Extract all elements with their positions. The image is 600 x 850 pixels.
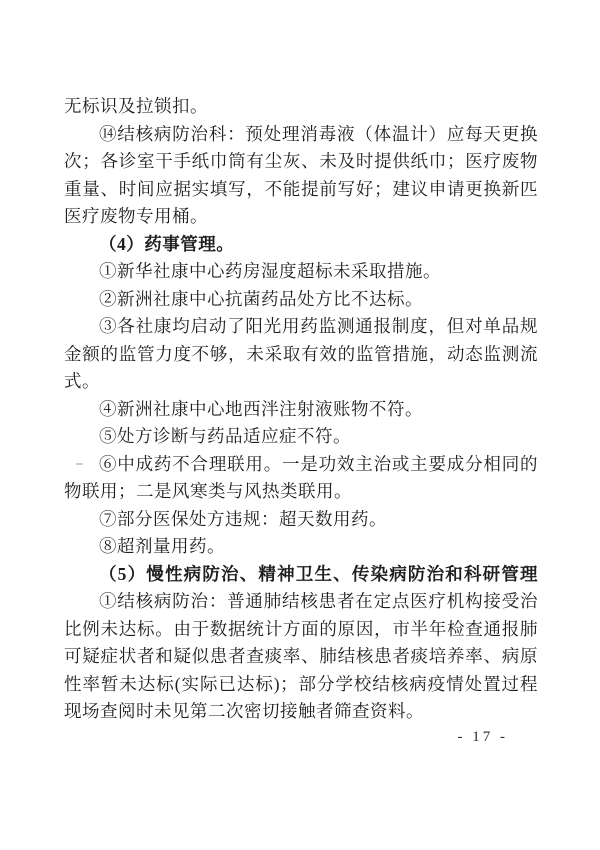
text-line: 性率暂未达标(实际已达标)；部分学校结核病疫情处置过程中，	[64, 671, 538, 699]
page-number: - 17 -	[458, 728, 509, 746]
scan-artifact	[76, 463, 83, 465]
text-line: 无标识及拉锁扣。	[64, 93, 538, 121]
text-line: ①结核病防治：普通肺结核患者在定点医疗机构接受治疗的	[64, 588, 538, 616]
text-line: ⑥中成药不合理联用。一是功效主治或主要成分相同的药	[64, 451, 538, 479]
document-body: 无标识及拉锁扣。 ⑭结核病防治科：预处理消毒液（体温计）应每天更换一 次；各诊室…	[64, 93, 538, 726]
list-item: ①新华社康中心药房湿度超标未采取措施。	[64, 258, 538, 286]
text-line: 现场查阅时未见第二次密切接触者筛查资料。	[64, 698, 538, 726]
list-item: ⑧超剂量用药。	[64, 533, 538, 561]
text-line: 比例未达标。由于数据统计方面的原因，市半年检查通报肺结核	[64, 616, 538, 644]
list-item: ②新洲社康中心抗菌药品处方比不达标。	[64, 286, 538, 314]
text-line: 式。	[64, 368, 538, 396]
list-item: ⑤处方诊断与药品适应症不符。	[64, 423, 538, 451]
section-heading-5: （5）慢性病防治、精神卫生、传染病防治和科研管理工作。	[64, 561, 538, 589]
text-line: 次；各诊室干手纸巾筒有尘灰、未及时提供纸巾；医疗废物记录	[64, 148, 538, 176]
text-line: 医疗废物专用桶。	[64, 203, 538, 231]
list-item: ⑦部分医保处方违规：超天数用药。	[64, 506, 538, 534]
section-heading-4: （4）药事管理。	[64, 231, 538, 259]
text-line: ③各社康均启动了阳光用药监测通报制度，但对单品规使用	[64, 313, 538, 341]
text-line: 物联用；二是风寒类与风热类联用。	[64, 478, 538, 506]
text-line: 重量、时间应据实填写，不能提前写好；建议申请更换新匹配的	[64, 176, 538, 204]
text-line: 金额的监管力度不够，未采取有效的监管措施，动态监测流于形	[64, 341, 538, 369]
text-line: ⑭结核病防治科：预处理消毒液（体温计）应每天更换一	[64, 121, 538, 149]
list-item: ④新洲社康中心地西泮注射液账物不符。	[64, 396, 538, 424]
text-line: 可疑症状者和疑似患者查痰率、肺结核患者痰培养率、病原学阳	[64, 643, 538, 671]
document-page: 无标识及拉锁扣。 ⑭结核病防治科：预处理消毒液（体温计）应每天更换一 次；各诊室…	[0, 0, 600, 850]
